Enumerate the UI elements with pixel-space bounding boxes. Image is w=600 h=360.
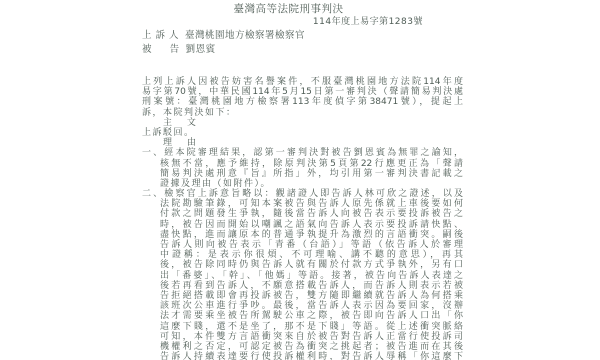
preamble-text: 易字第70號，中華民國114年5月15日第一審判決（聲請簡易判決處 — [142, 87, 463, 97]
reason-line: 機權利之否定，可認定被告為衝突之挑起者；被告進而在其後 — [142, 342, 463, 352]
reason-line: 付款之問題發生爭執，隨後當告訴人向被告表示要投訴被告之 — [142, 209, 463, 219]
document-title: 臺灣高等法院刑事判決 — [142, 0, 463, 15]
verdict-text: 上訴駁回。 — [142, 128, 195, 138]
reason-text: 法院勘驗筆錄，可知本案被告與告訴人原先係就上車後要如何 — [160, 199, 463, 209]
reason-line: 簡易判決處刑意『旨』所指」外，均引用第一審判決書記載之 — [142, 169, 463, 179]
reason-text: 時，被告因而開始以嘲諷之語氣向告訴人表示要投訴請快點、 — [160, 220, 463, 230]
reason-line: 盡快點，進而讓原本的普通爭執提升為激烈的言語衝突。嗣後 — [142, 230, 463, 240]
reason-line: 後若再看到告訴人，不願意搭載告訴人，而告訴人則表示若被 — [142, 281, 463, 291]
reason-line: 中證稱：是表示你很煩、不可理喻、講不聽的意思），再其 — [142, 250, 463, 260]
party-appellant: 上 訴 人臺灣桃園地方檢察署檢察官 — [142, 30, 463, 42]
party-role: 被 告 — [142, 44, 180, 55]
reason-text: 該班次公車進行爭吵。最後，當告訴人表示因為要回家，沒辦 — [160, 301, 463, 311]
verdict-line: 上訴駁回。 — [142, 128, 463, 138]
main-text-heading: 主 文 — [142, 118, 463, 128]
document-body: 上列上訴人因被告妨害名譽案件，不服臺灣桃園地方法院114年度易字第70號，中華民… — [142, 77, 463, 360]
reason-line: 告拒絕搭載即會再投訴被告，雙方隨即繼續就告訴人為何搭乘 — [142, 291, 463, 301]
reason-text: 告訴人則向被告表示「青番（台語）」等語（依告訴人於審理 — [160, 240, 463, 250]
reason-line: 法院勘驗筆錄，可知本案被告與告訴人原先係就上車後要如何 — [142, 199, 463, 209]
reason-text: 告拒絕搭載即會再投訴被告，雙方隨即繼續就告訴人為何搭乘 — [160, 291, 463, 301]
reason-text: 法才需要乘坐被告所駕駛公車之際，被告即向告訴人口出「你 — [160, 311, 463, 321]
heading-text: 主 文 — [163, 118, 197, 128]
reason-line: 證據及理由（如附件）。 — [142, 179, 463, 189]
reason-line: 後，被告除同時仍與告訴人就有關於付款方式爭執外，另有口 — [142, 260, 463, 270]
reason-text: 中證稱：是表示你很煩、不可理喻、講不聽的意思），再其 — [160, 250, 463, 260]
reason-heading: 理 由 — [142, 138, 463, 148]
reason-line: 一、經本院審理結果，認第一審判決對被告劉恩賓為無罪之諭知， — [142, 148, 463, 158]
reason-text: 機權利之否定，可認定被告為衝突之挑起者；被告進而在其後 — [160, 342, 463, 352]
reason-line: 該班次公車進行爭吵。最後，當告訴人表示因為要回家，沒辦 — [142, 301, 463, 311]
party-name: 臺灣桃園地方檢察署檢察官 — [185, 30, 305, 41]
reason-text: 檢察官上訴意旨略以：觀諸證人即告訴人林可欣之證述，以及 — [164, 189, 463, 199]
reason-text: 後，被告除同時仍與告訴人就有關於付款方式爭執外，另有口 — [160, 260, 463, 270]
reason-line: 二、檢察官上訴意旨略以：觀諸證人即告訴人林可欣之證述，以及 — [142, 189, 463, 199]
reason-marker: 二、 — [142, 189, 164, 199]
heading-text: 理 由 — [163, 138, 197, 148]
party-name: 劉恩賓 — [186, 44, 216, 55]
reason-text: 核無不當，應予維持，除原判決第5頁第22行應更正為「聲請 — [160, 159, 463, 169]
document-header: 臺灣高等法院刑事判決 114年度上易字第1283號 上 訴 人臺灣桃園地方檢察署… — [142, 0, 463, 55]
reason-line: 時，被告因而開始以嘲諷之語氣向告訴人表示要投訴請快點、 — [142, 220, 463, 230]
reason-text: 這麼下賤，還不是坐了，那不是下賤」等語。從上述衝突脈絡 — [160, 322, 463, 332]
preamble-line: 刑案號：臺灣桃園地方檢察署113年度偵字第38471號），提起上 — [142, 97, 463, 107]
reason-text: 付款之問題發生爭執，隨後當告訴人向被告表示要投訴被告之 — [160, 209, 463, 219]
preamble-line: 上列上訴人因被告妨害名譽案件，不服臺灣桃園地方法院114年度 — [142, 77, 463, 87]
party-defendant: 被 告劉恩賓 — [142, 44, 463, 56]
reason-text: 後若再看到告訴人，不願意搭載告訴人，而告訴人則表示若被 — [160, 281, 463, 291]
case-number: 114年度上易字第1283號 — [142, 17, 463, 28]
preamble-text: 上列上訴人因被告妨害名譽案件，不服臺灣桃園地方法院114年度 — [142, 77, 463, 87]
judgment-page: { "colors": { "page_bg": "#ffffff", "tex… — [0, 0, 600, 360]
reason-text: 盡快點，進而讓原本的普通爭執提升為激烈的言語衝突。嗣後 — [160, 230, 463, 240]
preamble-text: 訴，本院判決如下： — [142, 108, 237, 118]
reason-text: 經本院審理結果，認第一審判決對被告劉恩賓為無罪之諭知， — [164, 148, 463, 158]
reason-text: 出「番婆」、「幹」、「他媽」等語。接著，被告向告訴人表達之 — [160, 271, 463, 281]
reason-line: 法才需要乘坐被告所駕駛公車之際，被告即向告訴人口出「你 — [142, 311, 463, 321]
reason-text: 可知，本件雙方言語衝突來自於被告對告訴人正當行使投訴司 — [160, 332, 463, 342]
reason-line: 這麼下賤，還不是坐了，那不是下賤」等語。從上述衝突脈絡 — [142, 322, 463, 332]
reason-line: 告訴人持續表達要行使投訴權利時，對告訴人辱稱「你這麼下 — [142, 352, 463, 360]
reason-marker: 一、 — [142, 148, 164, 158]
preamble-text: 刑案號：臺灣桃園地方檢察署113年度偵字第38471號），提起上 — [142, 97, 463, 107]
reason-line: 出「番婆」、「幹」、「他媽」等語。接著，被告向告訴人表達之 — [142, 271, 463, 281]
reason-text: 告訴人持續表達要行使投訴權利時，對告訴人辱稱「你這麼下 — [160, 352, 463, 360]
reason-line: 核無不當，應予維持，除原判決第5頁第22行應更正為「聲請 — [142, 159, 463, 169]
reason-text: 證據及理由（如附件）。 — [160, 179, 271, 189]
preamble-line: 易字第70號，中華民國114年5月15日第一審判決（聲請簡易判決處 — [142, 87, 463, 97]
party-role: 上 訴 人 — [142, 30, 179, 41]
preamble-line: 訴，本院判決如下： — [142, 108, 463, 118]
reason-line: 可知，本件雙方言語衝突來自於被告對告訴人正當行使投訴司 — [142, 332, 463, 342]
reason-line: 告訴人則向被告表示「青番（台語）」等語（依告訴人於審理 — [142, 240, 463, 250]
reason-text: 簡易判決處刑意『旨』所指」外，均引用第一審判決書記載之 — [160, 169, 463, 179]
